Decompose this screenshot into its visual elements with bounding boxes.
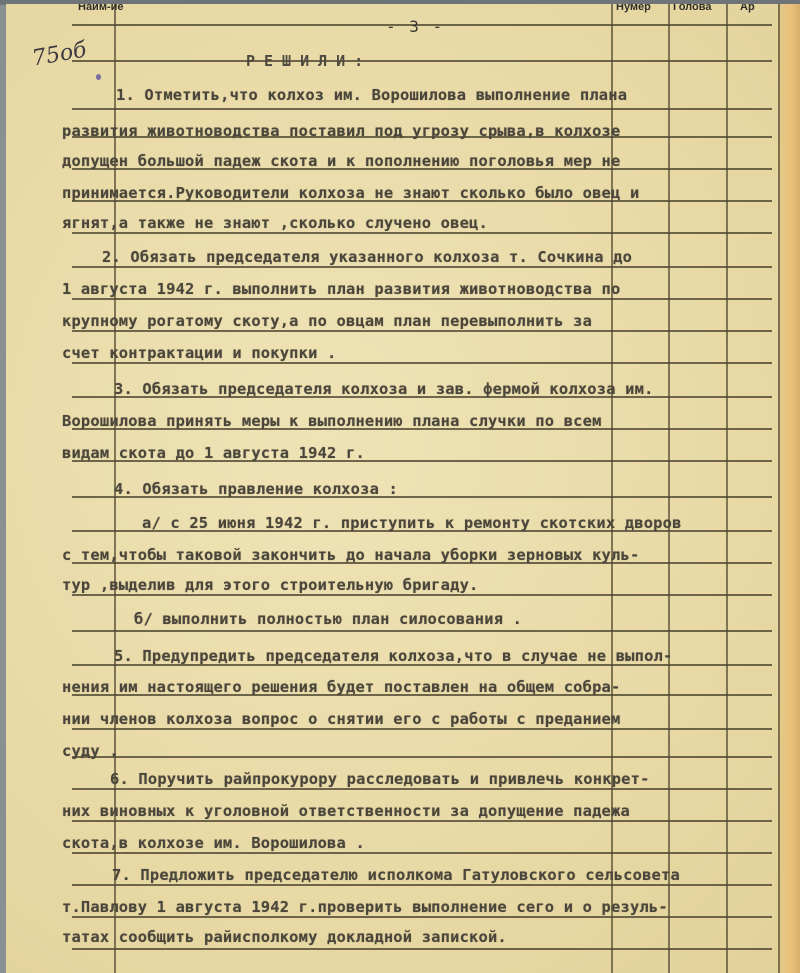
typed-line: суду . <box>62 742 119 760</box>
typed-line: 1 августа 1942 г. выполнить план развити… <box>62 280 621 298</box>
typed-line: а/ с 25 июня 1942 г. приступить к ремонт… <box>142 514 682 532</box>
ledger-row-rule <box>72 884 772 886</box>
ledger-row-rule <box>72 820 772 822</box>
typed-line: татах сообщить райисполкому докладной за… <box>62 928 507 946</box>
typed-line: счет контрактации и покупки . <box>62 344 337 362</box>
typed-line: нения им настоящего решения будет постав… <box>62 678 621 696</box>
typed-line: Ворошилова принять меры к выполнению пла… <box>62 412 602 430</box>
ledger-row-rule <box>72 630 772 632</box>
typed-line: тур ,выделив для этого строительную бриг… <box>62 576 479 594</box>
ledger-row-rule <box>72 756 772 758</box>
ledger-row-rule <box>72 362 772 364</box>
typed-line: 5. Предупредить председателя колхоза,что… <box>114 647 673 665</box>
ledger-row-rule <box>72 298 772 300</box>
typed-line: 4. Обязать правление колхоза : <box>114 480 398 498</box>
ink-mark <box>96 74 101 80</box>
typed-line: 6. Поручить райпрокурору расследовать и … <box>110 770 650 788</box>
ledger-rule <box>726 4 728 973</box>
page-number: - 3 - <box>386 17 444 36</box>
ledger-row-rule <box>72 330 772 332</box>
ledger-row-rule <box>72 852 772 854</box>
ledger-row-rule <box>72 948 772 950</box>
typed-line: б/ выполнить полностью план силосования … <box>134 610 522 628</box>
column-header: Ар <box>740 4 755 13</box>
ledger-row-rule <box>72 788 772 790</box>
paper-edge <box>778 4 800 973</box>
ledger-rule <box>668 4 670 973</box>
ledger-rule <box>611 4 613 973</box>
handwritten-folio-number: 75об <box>30 37 88 71</box>
resolution-heading: РЕШИЛИ: <box>246 52 372 70</box>
typed-line: крупному рогатому скоту,а по овцам план … <box>62 312 592 330</box>
ledger-row-rule <box>72 232 772 234</box>
typed-line: видам скота до 1 августа 1942 г. <box>62 444 365 462</box>
typed-line: 1. Отметить,что колхоз им. Ворошилова вы… <box>116 86 627 104</box>
ledger-row-rule <box>72 594 772 596</box>
typed-line: нии членов колхоза вопрос о снятии его с… <box>62 710 621 728</box>
typed-line: т.Павлову 1 августа 1942 г.проверить вып… <box>62 898 668 916</box>
ledger-rule <box>778 4 780 973</box>
document-sheet: Наим-ие Нумер Голова Ар 75об - 3 - РЕШИЛ… <box>6 4 800 973</box>
column-header: Голова <box>673 4 711 13</box>
ledger-row-rule <box>72 108 772 110</box>
typed-line: скота,в колхозе им. Ворошилова . <box>62 834 365 852</box>
typed-line: 2. Обязать председателя указанного колхо… <box>102 248 632 266</box>
ledger-row-rule <box>72 266 772 268</box>
column-header: Нумер <box>616 4 651 13</box>
typed-line: ягнят,а также не знают ,сколько случено … <box>62 214 488 232</box>
column-header: Наим-ие <box>78 4 124 13</box>
ledger-row-rule <box>72 916 772 918</box>
typed-line: принимается.Руководители колхоза не знаю… <box>62 184 639 202</box>
ledger-row-rule <box>72 60 772 62</box>
typed-line: них виновных к уголовной ответственности… <box>62 802 630 820</box>
typed-line: с тем,чтобы таковой закончить до начала … <box>62 546 639 564</box>
typed-line: допущен большой падеж скота и к пополнен… <box>62 152 621 170</box>
ledger-row-rule <box>72 728 772 730</box>
typed-line: развития животноводства поставил под угр… <box>62 122 621 140</box>
typed-line: 7. Предложить председателю исполкома Гат… <box>112 866 680 884</box>
typed-line: 3. Обязать председателя колхоза и зав. ф… <box>114 380 654 398</box>
